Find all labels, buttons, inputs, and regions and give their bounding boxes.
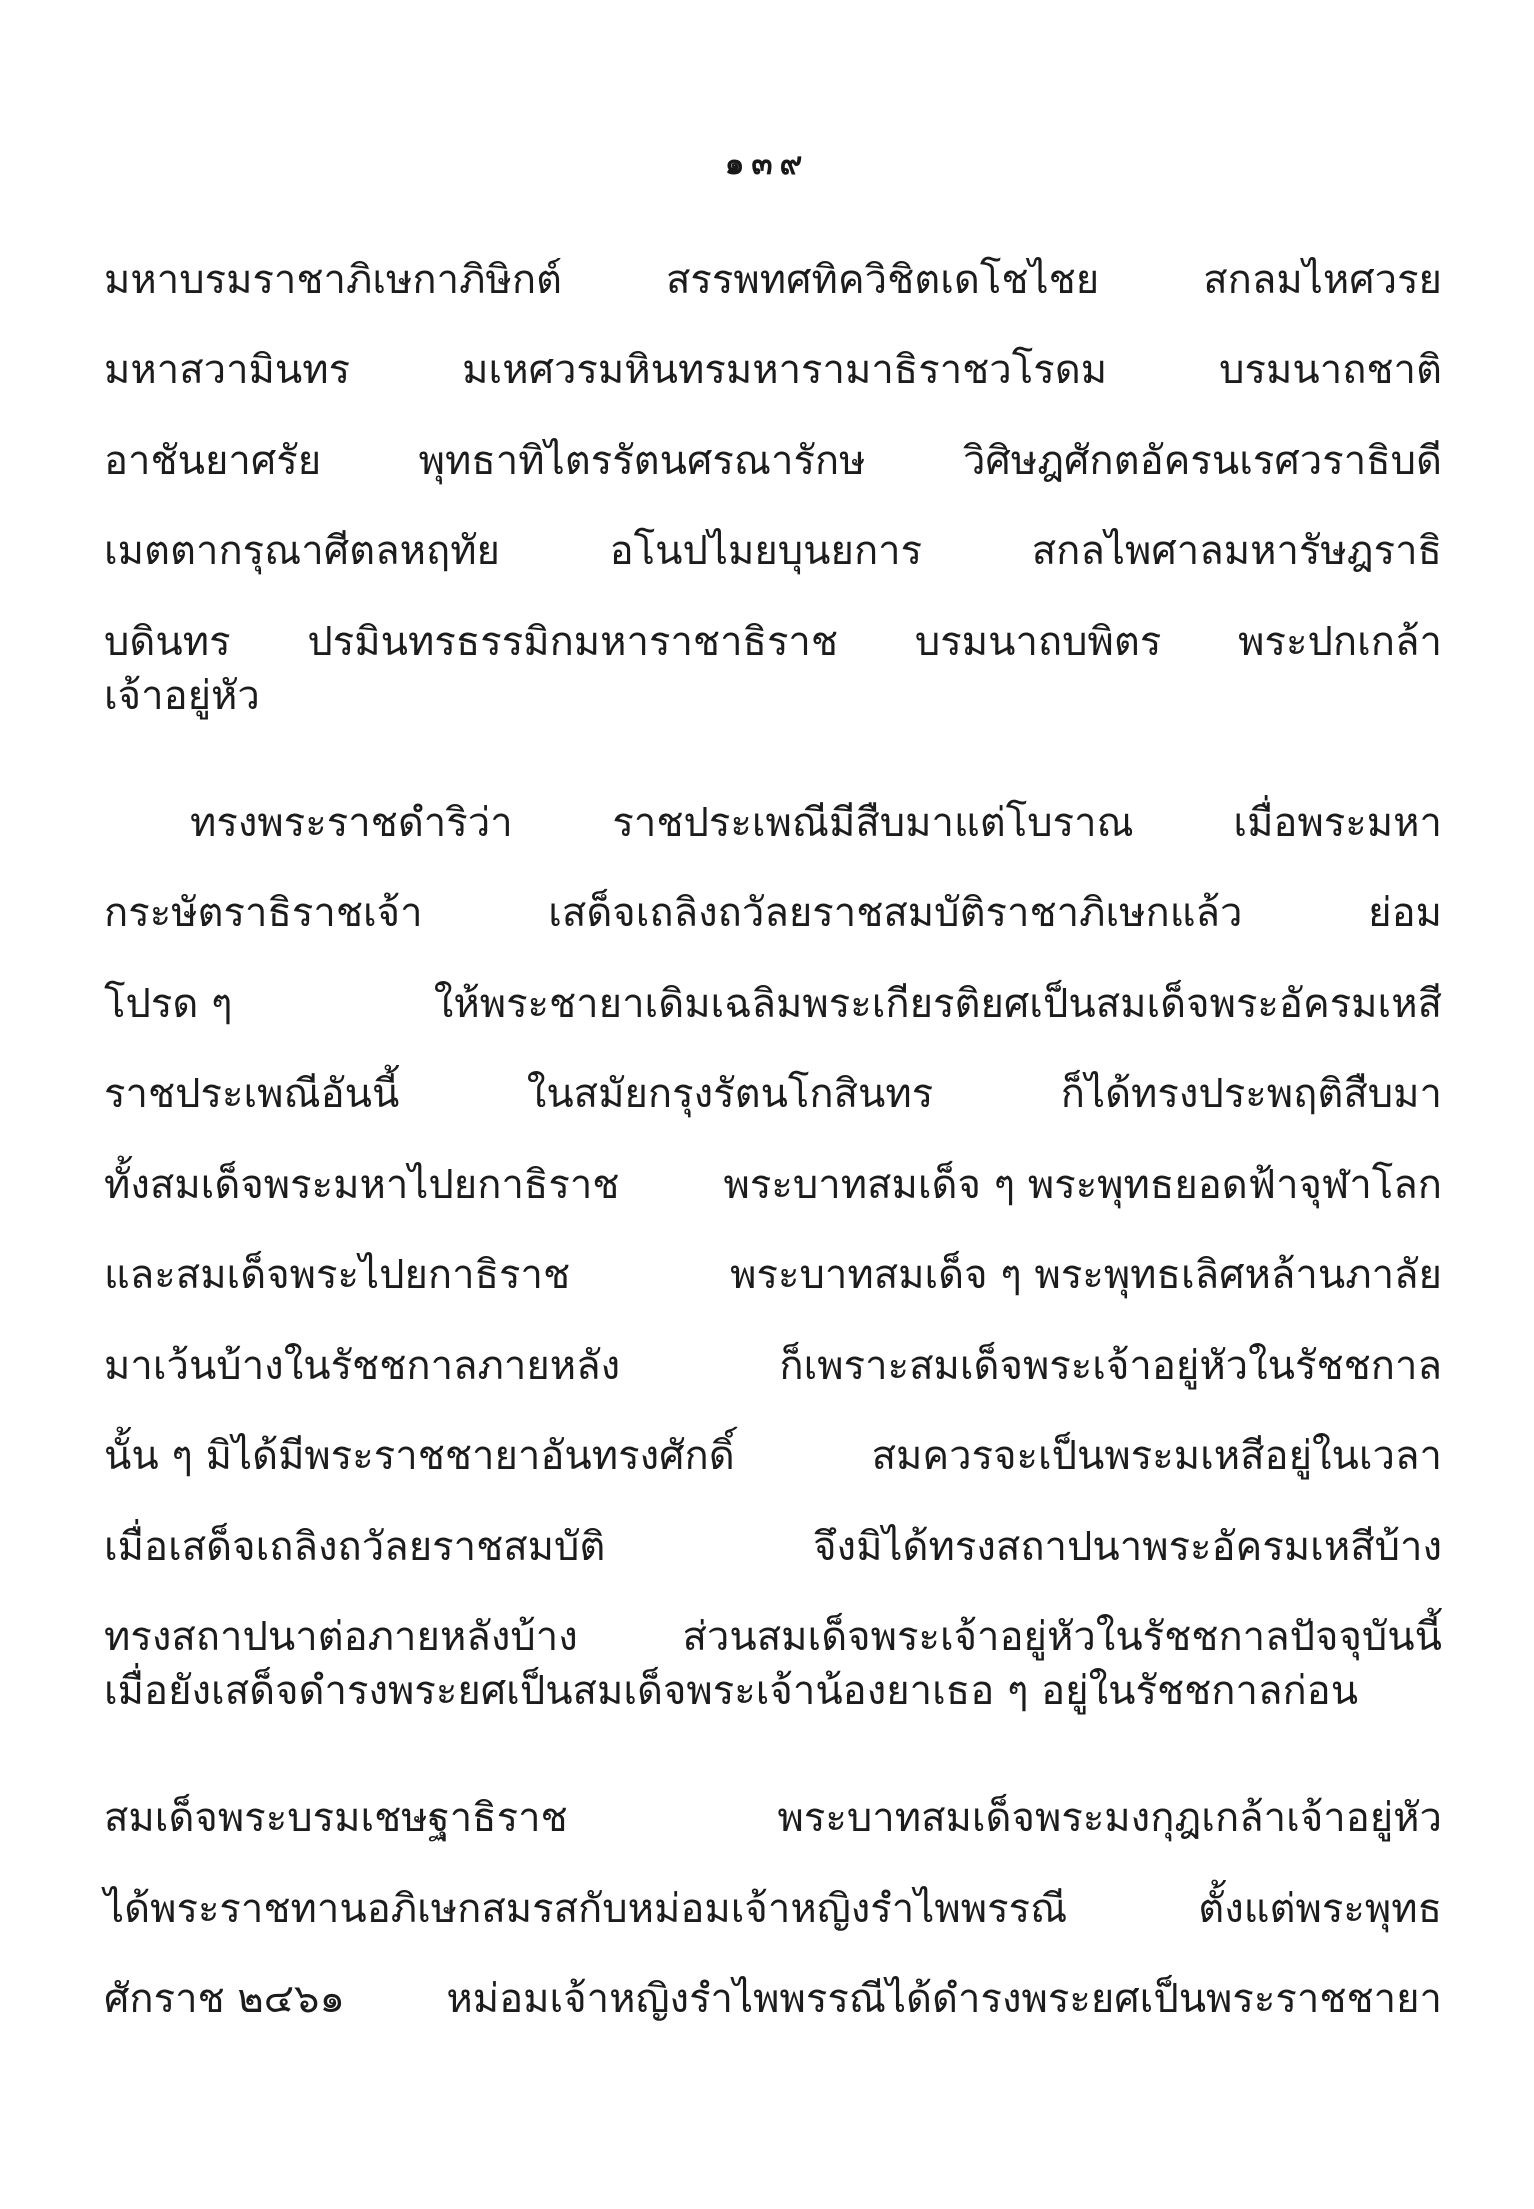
text-segment: พุทธาทิไตรรัตนศรณารักษ [419,434,866,488]
text-segment: ทรงสถาปนาต่อภายหลังบ้าง [104,1610,578,1664]
text-segment: กระษัตราธิราชเจ้า [104,886,423,940]
text-segment: ตั้งแต่พระพุทธ [1198,1882,1442,1936]
text-segment: นั้น ๆ มิได้มีพระราชชายาอันทรงศักดิ์ [104,1429,735,1483]
text-segment: บรมนาถบพิตร [915,615,1161,669]
text-line: เมื่อเสด็จเถลิงถวัลยราชสมบัติจึงมิได้ทรง… [104,1483,1442,1574]
text-line: มหาสวามินทรมเหศวรมหินทรมหารามาธิราชวโรดม… [104,307,1442,398]
body-text: มหาบรมราชาภิเษกาภิษิกต์สรรพทศทิควิชิตเดโ… [104,216,1442,2026]
text-segment: มเหศวรมหินทรมหารามาธิราชวโรดม [462,343,1107,397]
text-line: ทรงพระราชดำริว่าราชประเพณีมีสืบมาแต่โบรา… [104,759,1442,850]
text-segment: ราชประเพณีอันนี้ [104,1067,399,1121]
text-segment: สรรพทศทิควิชิตเดโชไชย [666,253,1099,307]
text-line: ทั้งสมเด็จพระมหาไปยกาธิราชพระบาทสมเด็จ ๆ… [104,1121,1442,1212]
text-segment: ศักราช ๒๔๖๑ [104,1972,345,2026]
text-segment: พระปกเกล้า [1238,615,1442,669]
text-line: ทรงสถาปนาต่อภายหลังบ้างส่วนสมเด็จพระเจ้า… [104,1574,1442,1665]
text-segment: เสด็จเถลิงถวัลยราชสมบัติราชาภิเษกแล้ว [548,886,1242,940]
text-segment: สมควรจะเป็นพระมเหสีอยู่ในเวลา [872,1429,1442,1483]
text-segment: หม่อมเจ้าหญิงรำไพพรรณีได้ดำรงพระยศเป็นพร… [446,1972,1442,2026]
text-segment: เมื่อยังเสด็จดำรงพระยศเป็นสมเด็จพระเจ้าน… [104,1664,1358,1718]
text-segment: สกลมไหศวรย [1203,253,1442,307]
text-segment: พระบาทสมเด็จพระมงกุฎเกล้าเจ้าอยู่หัว [778,1791,1442,1845]
text-segment: พระบาทสมเด็จ ๆ พระพุทธเลิศหล้านภาลัย [730,1248,1442,1302]
text-line: อาชันยาศรัยพุทธาทิไตรรัตนศรณารักษวิศิษฎศ… [104,397,1442,488]
text-line: กระษัตราธิราชเจ้าเสด็จเถลิงถวัลยราชสมบัต… [104,850,1442,941]
text-line: เมื่อยังเสด็จดำรงพระยศเป็นสมเด็จพระเจ้าน… [104,1664,1442,1755]
scanned-book-page: ๑๓๙ มหาบรมราชาภิเษกาภิษิกต์สรรพทศทิควิชิ… [0,0,1534,2209]
text-segment: อโนปไมยบุนยการ [610,524,923,578]
text-segment: ในสมัยกรุงรัตนโกสินทร [527,1067,933,1121]
text-segment: บดินทร [104,615,231,669]
text-segment: มหาสวามินทร [104,343,350,397]
text-line: ได้พระราชทานอภิเษกสมรสกับหม่อมเจ้าหญิงรำ… [104,1845,1442,1936]
text-segment: โปรด ๆ [104,977,233,1031]
text-segment: พระบาทสมเด็จ ๆ พระพุทธยอดฟ้าจุฬาโลก [724,1158,1443,1212]
text-segment: สกลไพศาลมหารัษฎราธิ [1032,524,1442,578]
text-segment: มาเว้นบ้างในรัชชกาลภายหลัง [104,1339,620,1393]
text-line: มาเว้นบ้างในรัชชกาลภายหลังก็เพราะสมเด็จพ… [104,1302,1442,1393]
text-line: ราชประเพณีอันนี้ในสมัยกรุงรัตนโกสินทรก็ไ… [104,1031,1442,1122]
text-line: นั้น ๆ มิได้มีพระราชชายาอันทรงศักดิ์สมคว… [104,1393,1442,1484]
text-line: มหาบรมราชาภิเษกาภิษิกต์สรรพทศทิควิชิตเดโ… [104,216,1442,307]
text-segment: บรมนาถชาติ [1219,343,1442,397]
text-line: เมตตากรุณาศีตลหฤทัยอโนปไมยบุนยการสกลไพศา… [104,488,1442,579]
text-segment: ปรมินทรธรรมิกมหาราชาธิราช [307,615,838,669]
text-line: บดินทรปรมินทรธรรมิกมหาราชาธิราชบรมนาถบพิ… [104,578,1442,669]
text-line: ศักราช ๒๔๖๑หม่อมเจ้าหญิงรำไพพรรณีได้ดำรง… [104,1936,1442,2027]
text-segment: ให้พระชายาเดิมเฉลิมพระเกียรติยศเป็นสมเด็… [434,977,1442,1031]
text-line: โปรด ๆให้พระชายาเดิมเฉลิมพระเกียรติยศเป็… [104,940,1442,1031]
text-segment: ได้พระราชทานอภิเษกสมรสกับหม่อมเจ้าหญิงรำ… [104,1882,1067,1936]
text-segment: ก็ได้ทรงประพฤติสืบมา [1061,1067,1442,1121]
text-segment: ก็เพราะสมเด็จพระเจ้าอยู่หัวในรัชชกาล [779,1339,1442,1393]
text-segment: ทรงพระราชดำริว่า [190,796,513,850]
text-segment: เจ้าอยู่หัว [104,669,260,723]
text-segment: วิศิษฎศักตอัครนเรศวราธิบดี [963,434,1442,488]
text-segment: จึงมิได้ทรงสถาปนาพระอัครมเหสีบ้าง [813,1520,1442,1574]
text-segment: เมื่อเสด็จเถลิงถวัลยราชสมบัติ [104,1520,605,1574]
text-segment: เมื่อพระมหา [1233,796,1442,850]
text-line: สมเด็จพระบรมเชษฐาธิราชพระบาทสมเด็จพระมงก… [104,1755,1442,1846]
text-segment: ทั้งสมเด็จพระมหาไปยกาธิราช [104,1158,619,1212]
text-line: เจ้าอยู่หัว [104,669,1442,760]
text-segment: สมเด็จพระบรมเชษฐาธิราช [104,1791,568,1845]
text-segment: เมตตากรุณาศีตลหฤทัย [104,524,500,578]
text-segment: ราชประเพณีมีสืบมาแต่โบราณ [612,796,1133,850]
text-segment: มหาบรมราชาภิเษกาภิษิกต์ [104,253,562,307]
text-segment: ย่อม [1368,886,1442,940]
text-line: และสมเด็จพระไปยกาธิราชพระบาทสมเด็จ ๆ พระ… [104,1212,1442,1303]
text-segment: และสมเด็จพระไปยกาธิราช [104,1248,570,1302]
text-segment: อาชันยาศรัย [104,434,321,488]
page-number: ๑๓๙ [0,138,1534,188]
text-segment: ส่วนสมเด็จพระเจ้าอยู่หัวในรัชชกาลปัจจุบั… [683,1610,1442,1664]
